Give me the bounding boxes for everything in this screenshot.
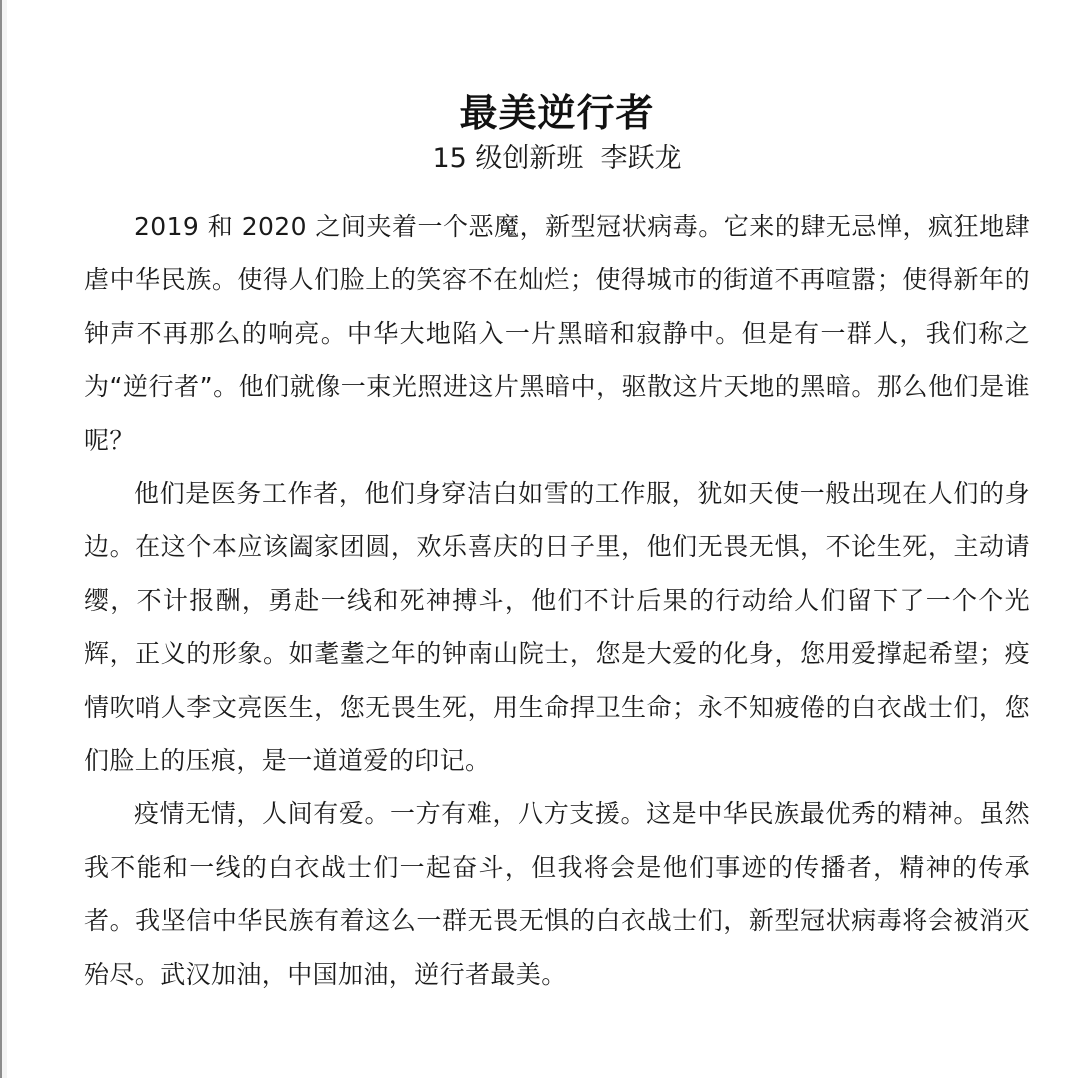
paragraph-3: 疫情无情，人间有爱。一方有难，八方支援。这是中华民族最优秀的精神。虽然我不能和一… (84, 787, 1030, 1001)
author-byline: 15 级创新班 李跃龙 (84, 140, 1030, 178)
paragraph-1: 2019 和 2020 之间夹着一个恶魔，新型冠状病毒。它来的肆无忌惮，疯狂地肆… (84, 200, 1030, 467)
page-left-shadow (2, 0, 7, 1078)
paragraph-2: 他们是医务工作者，他们身穿洁白如雪的工作服，犹如天使一般出现在人们的身边。在这个… (84, 467, 1030, 787)
document-title: 最美逆行者 (84, 87, 1030, 139)
document-body: 2019 和 2020 之间夹着一个恶魔，新型冠状病毒。它来的肆无忌惮，疯狂地肆… (84, 200, 1030, 1001)
